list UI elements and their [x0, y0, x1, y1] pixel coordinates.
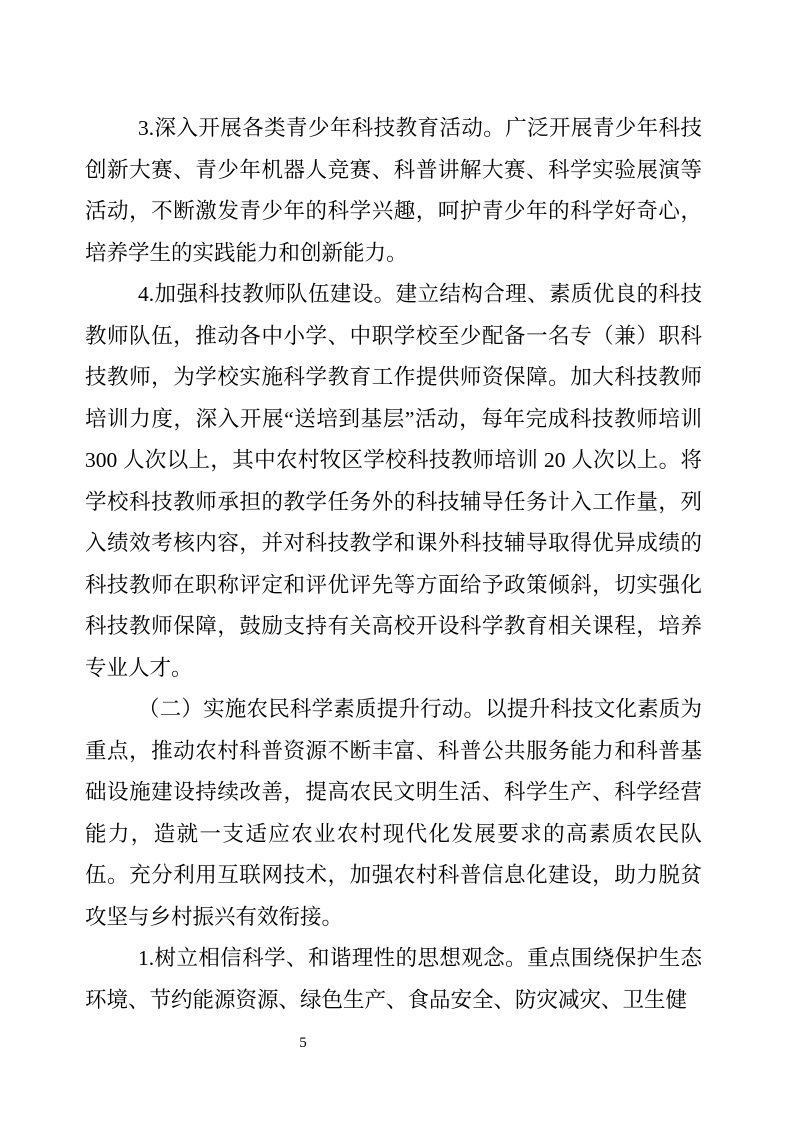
paragraph-believe-science-concepts: 1.树立相信科学、和谐理性的思想观念。重点围绕保护生态环境、节约能源资源、绿色生…	[85, 938, 702, 1021]
paragraph-youth-science-activities: 3.深入开展各类青少年科技教育活动。广泛开展青少年科技创新大赛、青少年机器人竞赛…	[85, 108, 702, 274]
text-body: 3.深入开展各类青少年科技教育活动。广泛开展青少年科技创新大赛、青少年机器人竞赛…	[85, 108, 702, 1021]
document-page: 3.深入开展各类青少年科技教育活动。广泛开展青少年科技创新大赛、青少年机器人竞赛…	[0, 0, 793, 1122]
page-number: 5	[290, 1032, 316, 1054]
paragraph-farmer-science-literacy: （二）实施农民科学素质提升行动。以提升科技文化素质为重点，推动农村科普资源不断丰…	[85, 689, 702, 938]
paragraph-science-teacher-team: 4.加强科技教师队伍建设。建立结构合理、素质优良的科技教师队伍，推动各中小学、中…	[85, 274, 702, 689]
